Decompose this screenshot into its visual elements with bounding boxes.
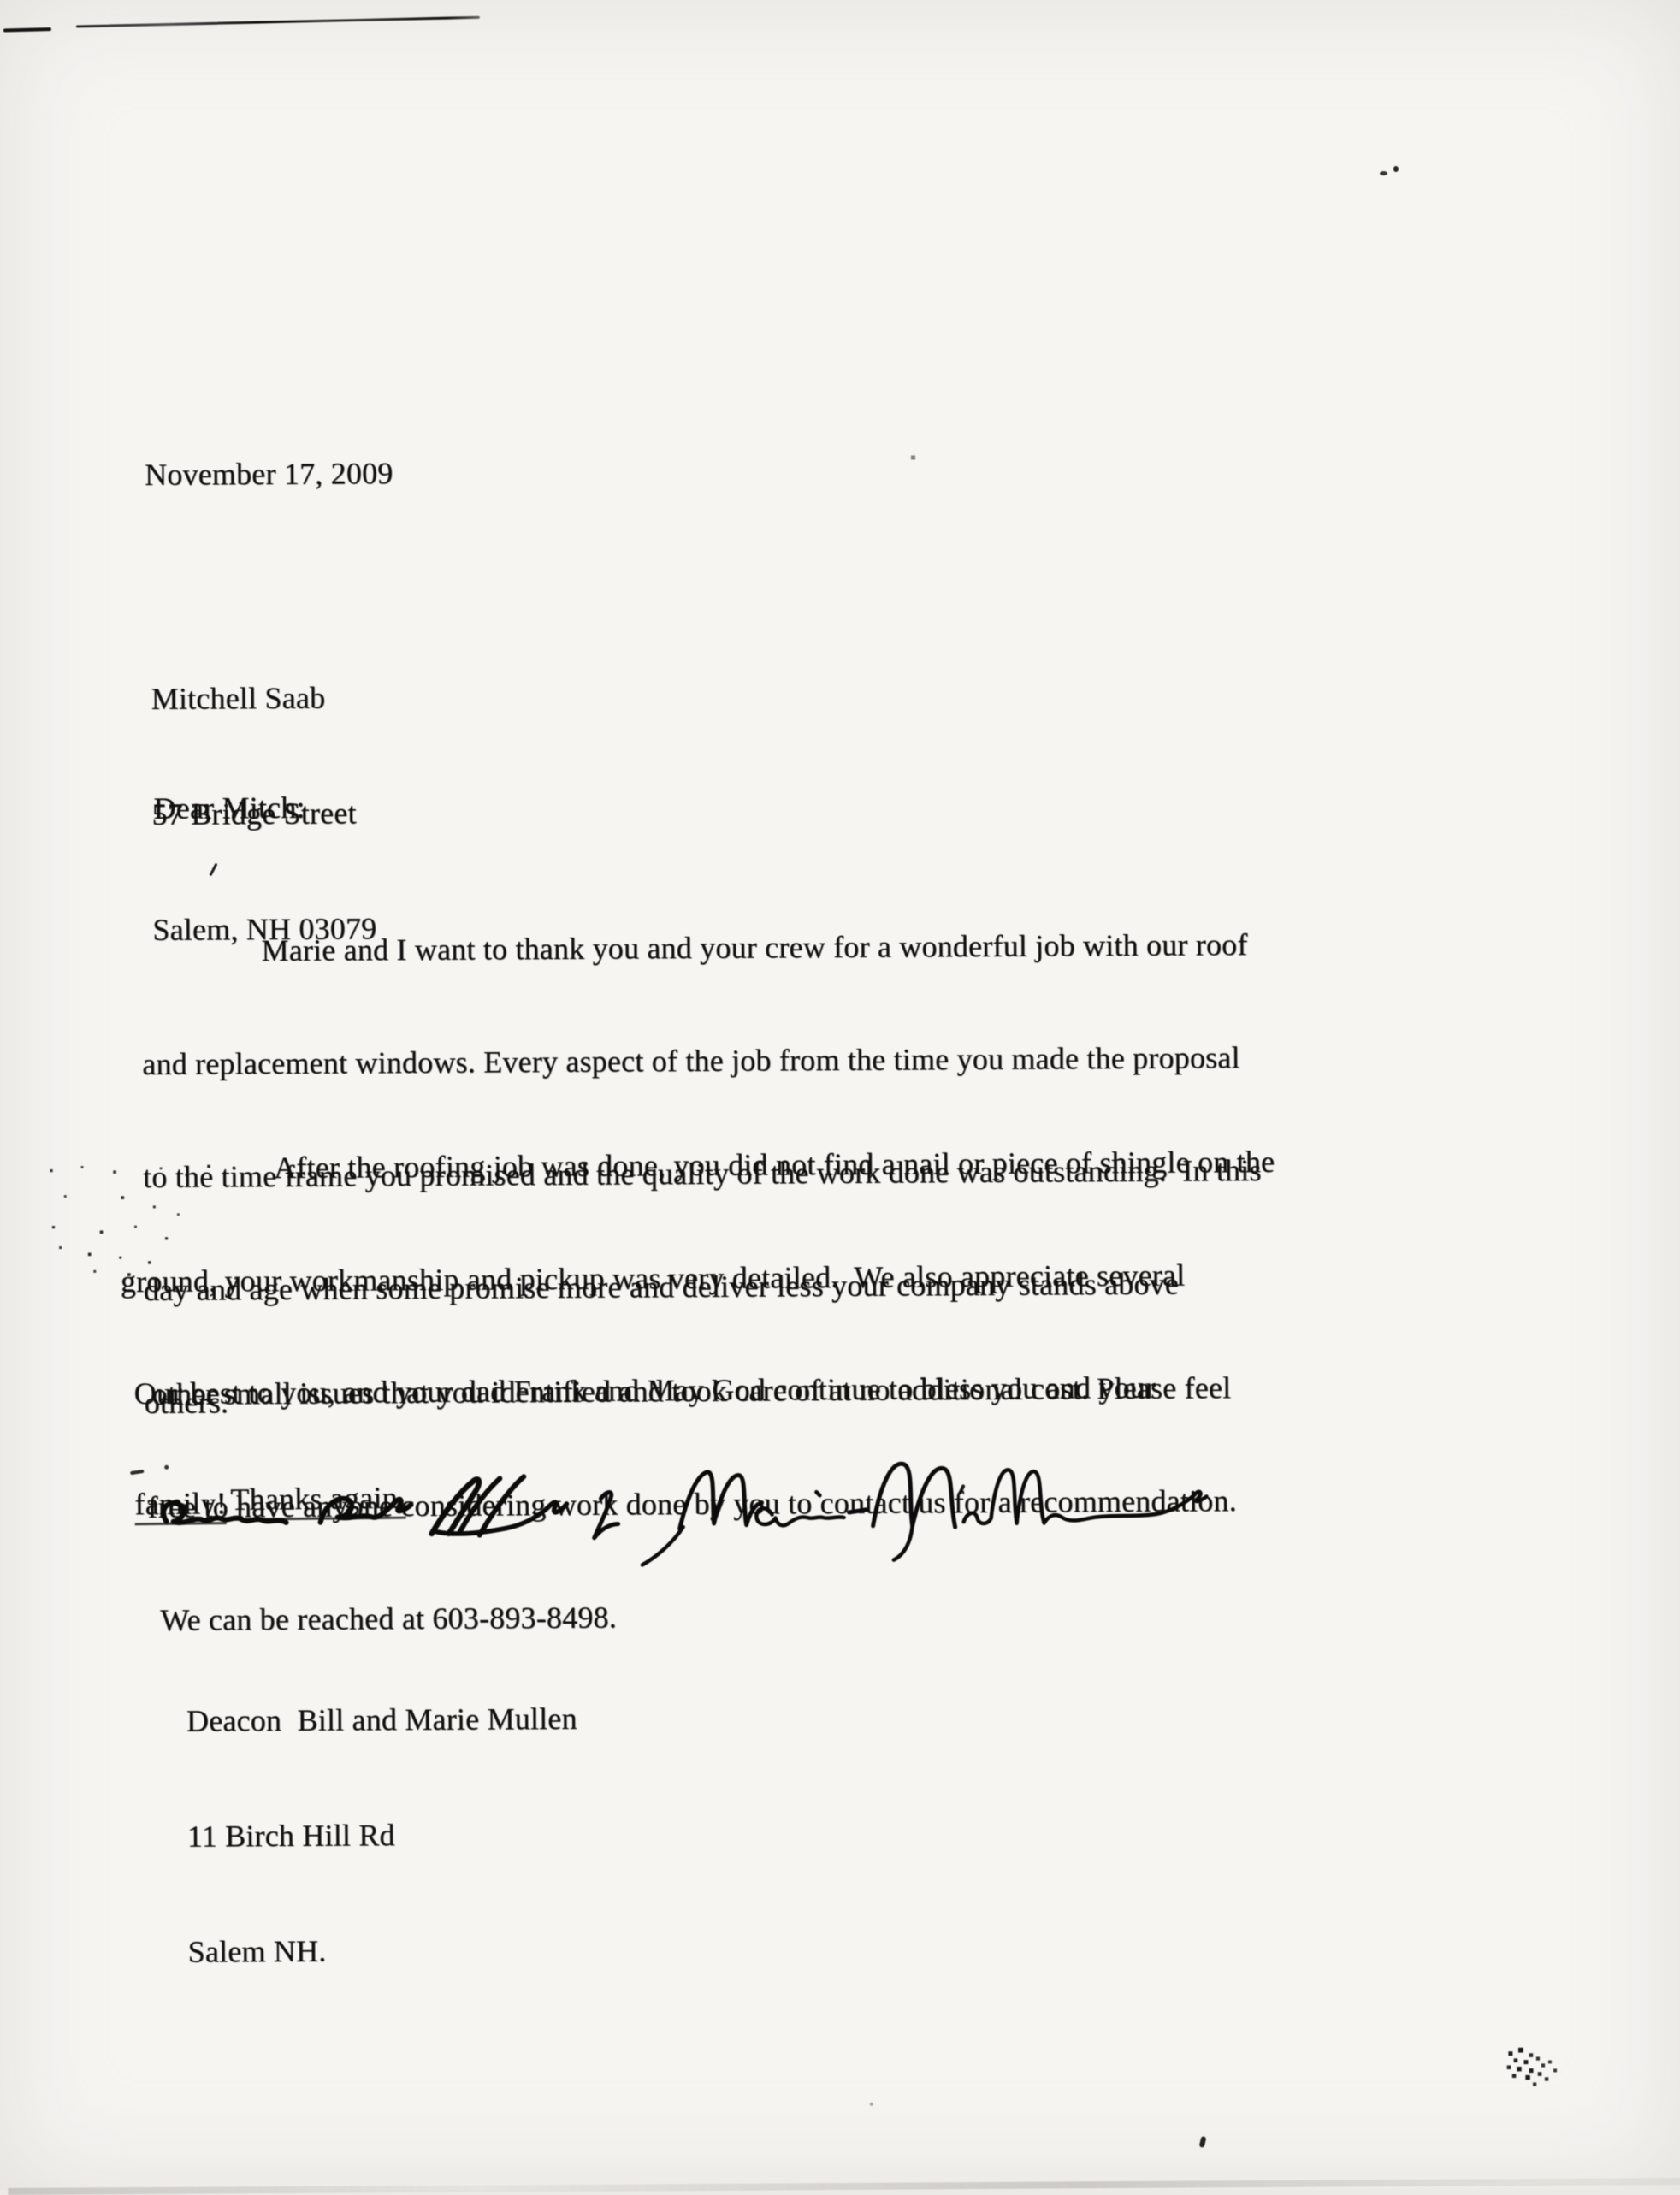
sender-block: Deacon Bill and Marie Mullen 11 Birch Hi… — [186, 1623, 579, 2049]
scan-specks-left-margin — [40, 1160, 42, 1162]
sender-street: 11 Birch Hill Rd — [187, 1815, 578, 1856]
scanned-letter-page: November 17, 2009 Mitchell Saab 57 Bridg… — [0, 0, 1680, 2190]
signature-stroke — [873, 1464, 955, 1528]
signature-stroke — [594, 1493, 618, 1538]
signature-stroke — [679, 1471, 761, 1529]
signature-stroke — [642, 1527, 683, 1565]
signature-dash — [849, 1510, 867, 1512]
body-line: After the roofing job was done, you did … — [139, 1142, 1422, 1187]
scan-artifact-top-line — [76, 16, 480, 27]
signature-stroke — [431, 1479, 479, 1534]
body-line: ground, your workmanship and pickup was … — [121, 1255, 1423, 1300]
letter-date: November 17, 2009 — [145, 454, 393, 494]
scan-artifact-dot — [911, 455, 915, 459]
scan-artifact-dot — [870, 2103, 873, 2106]
scan-artifact-top-dash — [3, 27, 51, 32]
scan-edge-shadow — [8, 2178, 1680, 2190]
sender-names: Deacon Bill and Marie Mullen — [186, 1700, 577, 1741]
scan-artifact-mark — [1199, 2136, 1207, 2148]
salutation: Dear Mitch: — [153, 789, 305, 827]
scan-specks-bottom-right — [1502, 2047, 1505, 2050]
recipient-name: Mitchell Saab — [151, 678, 376, 719]
scan-artifact-dot — [1380, 171, 1387, 175]
signature-stroke — [320, 1498, 411, 1522]
scan-artifact-dot — [1393, 166, 1399, 172]
signature-stroke — [756, 1508, 843, 1526]
letter-content: November 17, 2009 Mitchell Saab 57 Bridg… — [0, 0, 1680, 2190]
signature-stroke — [963, 1469, 1206, 1523]
signature-marie — [594, 1462, 1207, 1565]
handwritten-signature — [132, 1445, 1245, 1606]
signature-descender — [894, 1525, 913, 1559]
signature-i-dot — [816, 1492, 819, 1495]
signature-deacon-bill — [163, 1476, 567, 1537]
body-line: Our best to you, and your dad Frank and … — [134, 1370, 1156, 1412]
body-line: Marie and I want to thank you and your c… — [141, 925, 1424, 970]
signature-stroke — [163, 1502, 287, 1523]
sender-city: Salem NH. — [188, 1931, 579, 1972]
